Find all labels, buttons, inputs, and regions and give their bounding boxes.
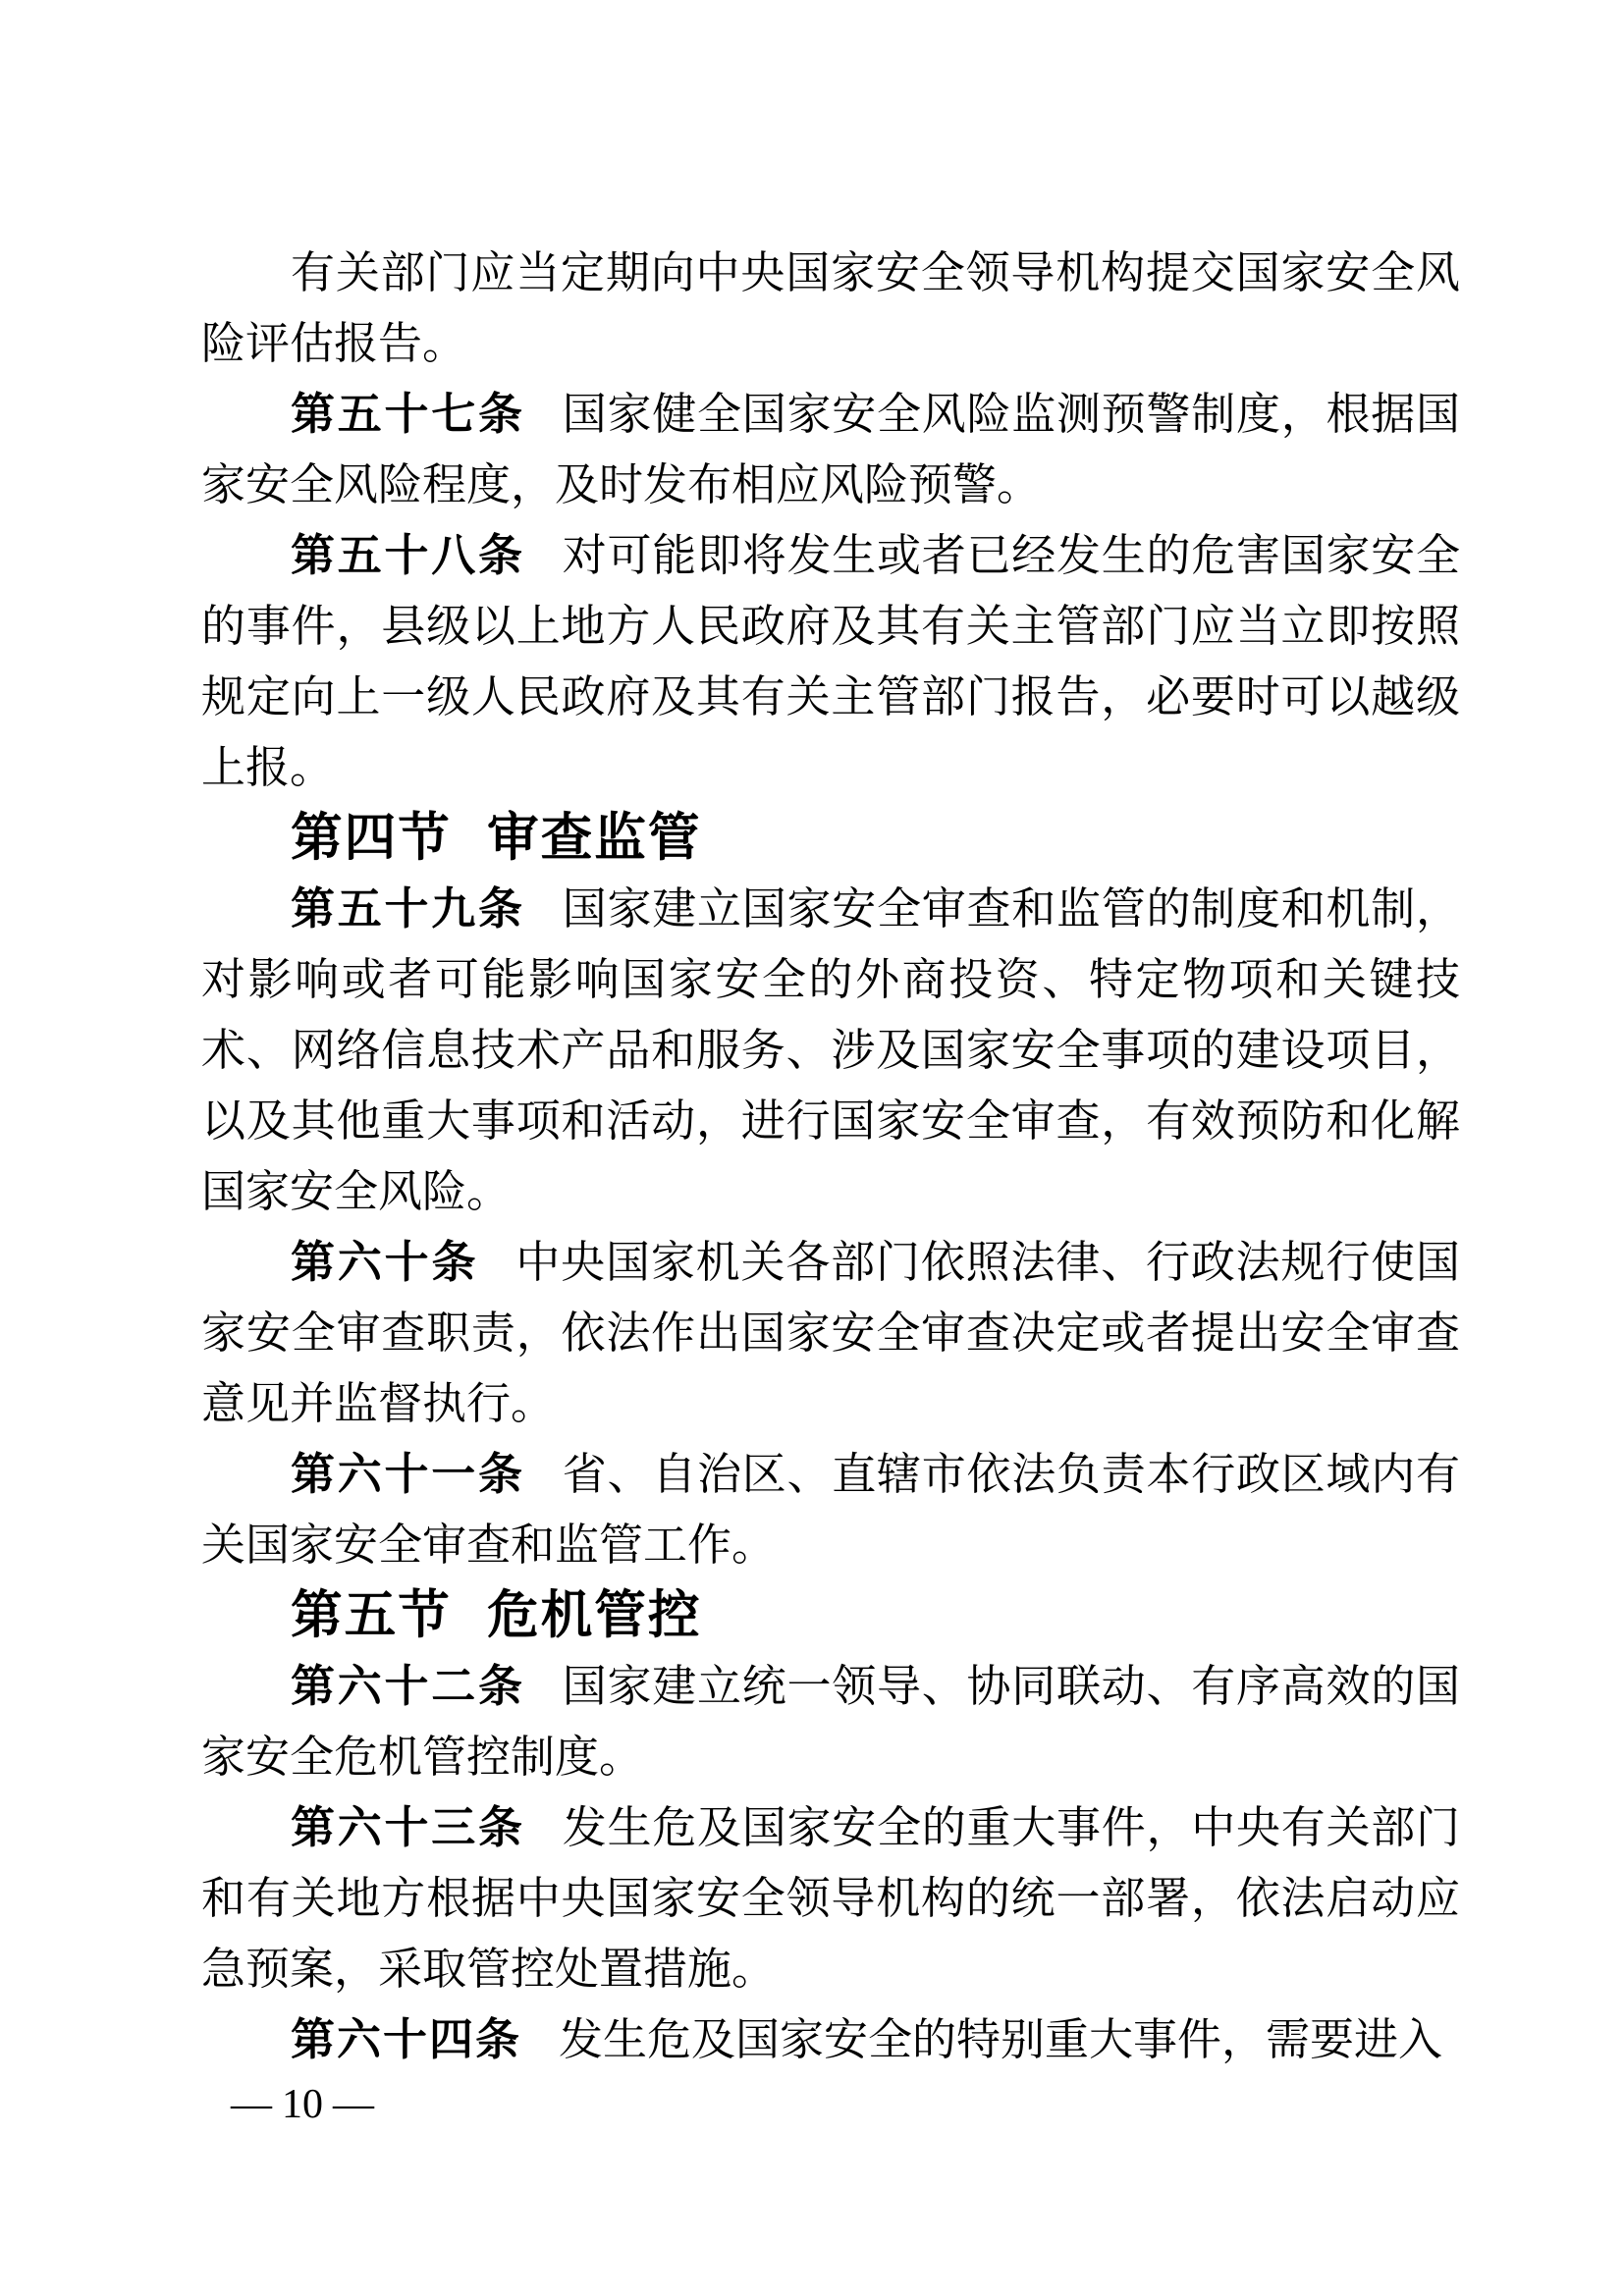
article-59-label: 第五十九条 xyxy=(291,883,525,934)
article-63-label: 第六十三条 xyxy=(291,1802,525,1852)
paragraph-text: 有关部门应当定期向中央国家安全领导机构提交国家安全风险评估报告。 xyxy=(201,248,1460,368)
article-61-label: 第六十一条 xyxy=(291,1449,525,1499)
section-4-title: 审查监管 xyxy=(487,809,702,867)
article-62-label: 第六十二条 xyxy=(291,1661,525,1711)
footer-right-dash: — xyxy=(333,2082,374,2127)
section-5-title: 危机管控 xyxy=(487,1586,702,1644)
article-61: 第六十一条省、自治区、直辖市依法负责本行政区域内有关国家安全审查和监管工作。 xyxy=(201,1439,1460,1580)
article-58: 第五十八条对可能即将发生或者已经发生的危害国家安全的事件，县级以上地方人民政府及… xyxy=(201,520,1460,803)
article-64-text: 发生危及国家安全的特别重大事件，需要进入 xyxy=(559,2015,1442,2064)
page-background: 有关部门应当定期向中央国家安全领导机构提交国家安全风险评估报告。 第五十七条国家… xyxy=(0,0,1624,2296)
article-60: 第六十条中央国家机关各部门依照法律、行政法规行使国家安全审查职责，依法作出国家安… xyxy=(201,1227,1460,1439)
section-5-number: 第五节 xyxy=(291,1586,452,1644)
article-57-label: 第五十七条 xyxy=(291,389,525,439)
article-59: 第五十九条国家建立国家安全审查和监管的制度和机制，对影响或者可能影响国家安全的外… xyxy=(201,874,1460,1227)
article-63: 第六十三条发生危及国家安全的重大事件，中央有关部门和有关地方根据中央国家安全领导… xyxy=(201,1792,1460,2004)
article-57: 第五十七条国家健全国家安全风险监测预警制度，根据国家安全风险程度，及时发布相应风… xyxy=(201,379,1460,520)
article-64: 第六十四条发生危及国家安全的特别重大事件，需要进入 xyxy=(201,2004,1460,2075)
paragraph-continuation: 有关部门应当定期向中央国家安全领导机构提交国家安全风险评估报告。 xyxy=(201,238,1460,379)
document-body: 有关部门应当定期向中央国家安全领导机构提交国家安全风险评估报告。 第五十七条国家… xyxy=(201,238,1460,2075)
footer-left-dash: — xyxy=(231,2082,272,2127)
section-heading-5: 第五节危机管控 xyxy=(201,1580,1460,1651)
article-59-text: 国家建立国家安全审查和监管的制度和机制，对影响或者可能影响国家安全的外商投资、特… xyxy=(201,884,1460,1216)
page-number-footer: —10— xyxy=(231,2081,374,2128)
article-62: 第六十二条国家建立统一领导、协同联动、有序高效的国家安全危机管控制度。 xyxy=(201,1651,1460,1792)
document-page: { "page": { "background_color": "#ffffff… xyxy=(0,0,1624,2296)
article-64-label: 第六十四条 xyxy=(291,2014,521,2064)
section-heading-4: 第四节审查监管 xyxy=(201,803,1460,874)
page-number: 10 xyxy=(282,2082,323,2127)
article-60-label: 第六十条 xyxy=(291,1237,478,1287)
article-58-label: 第五十八条 xyxy=(291,530,525,580)
section-4-number: 第四节 xyxy=(291,809,452,867)
